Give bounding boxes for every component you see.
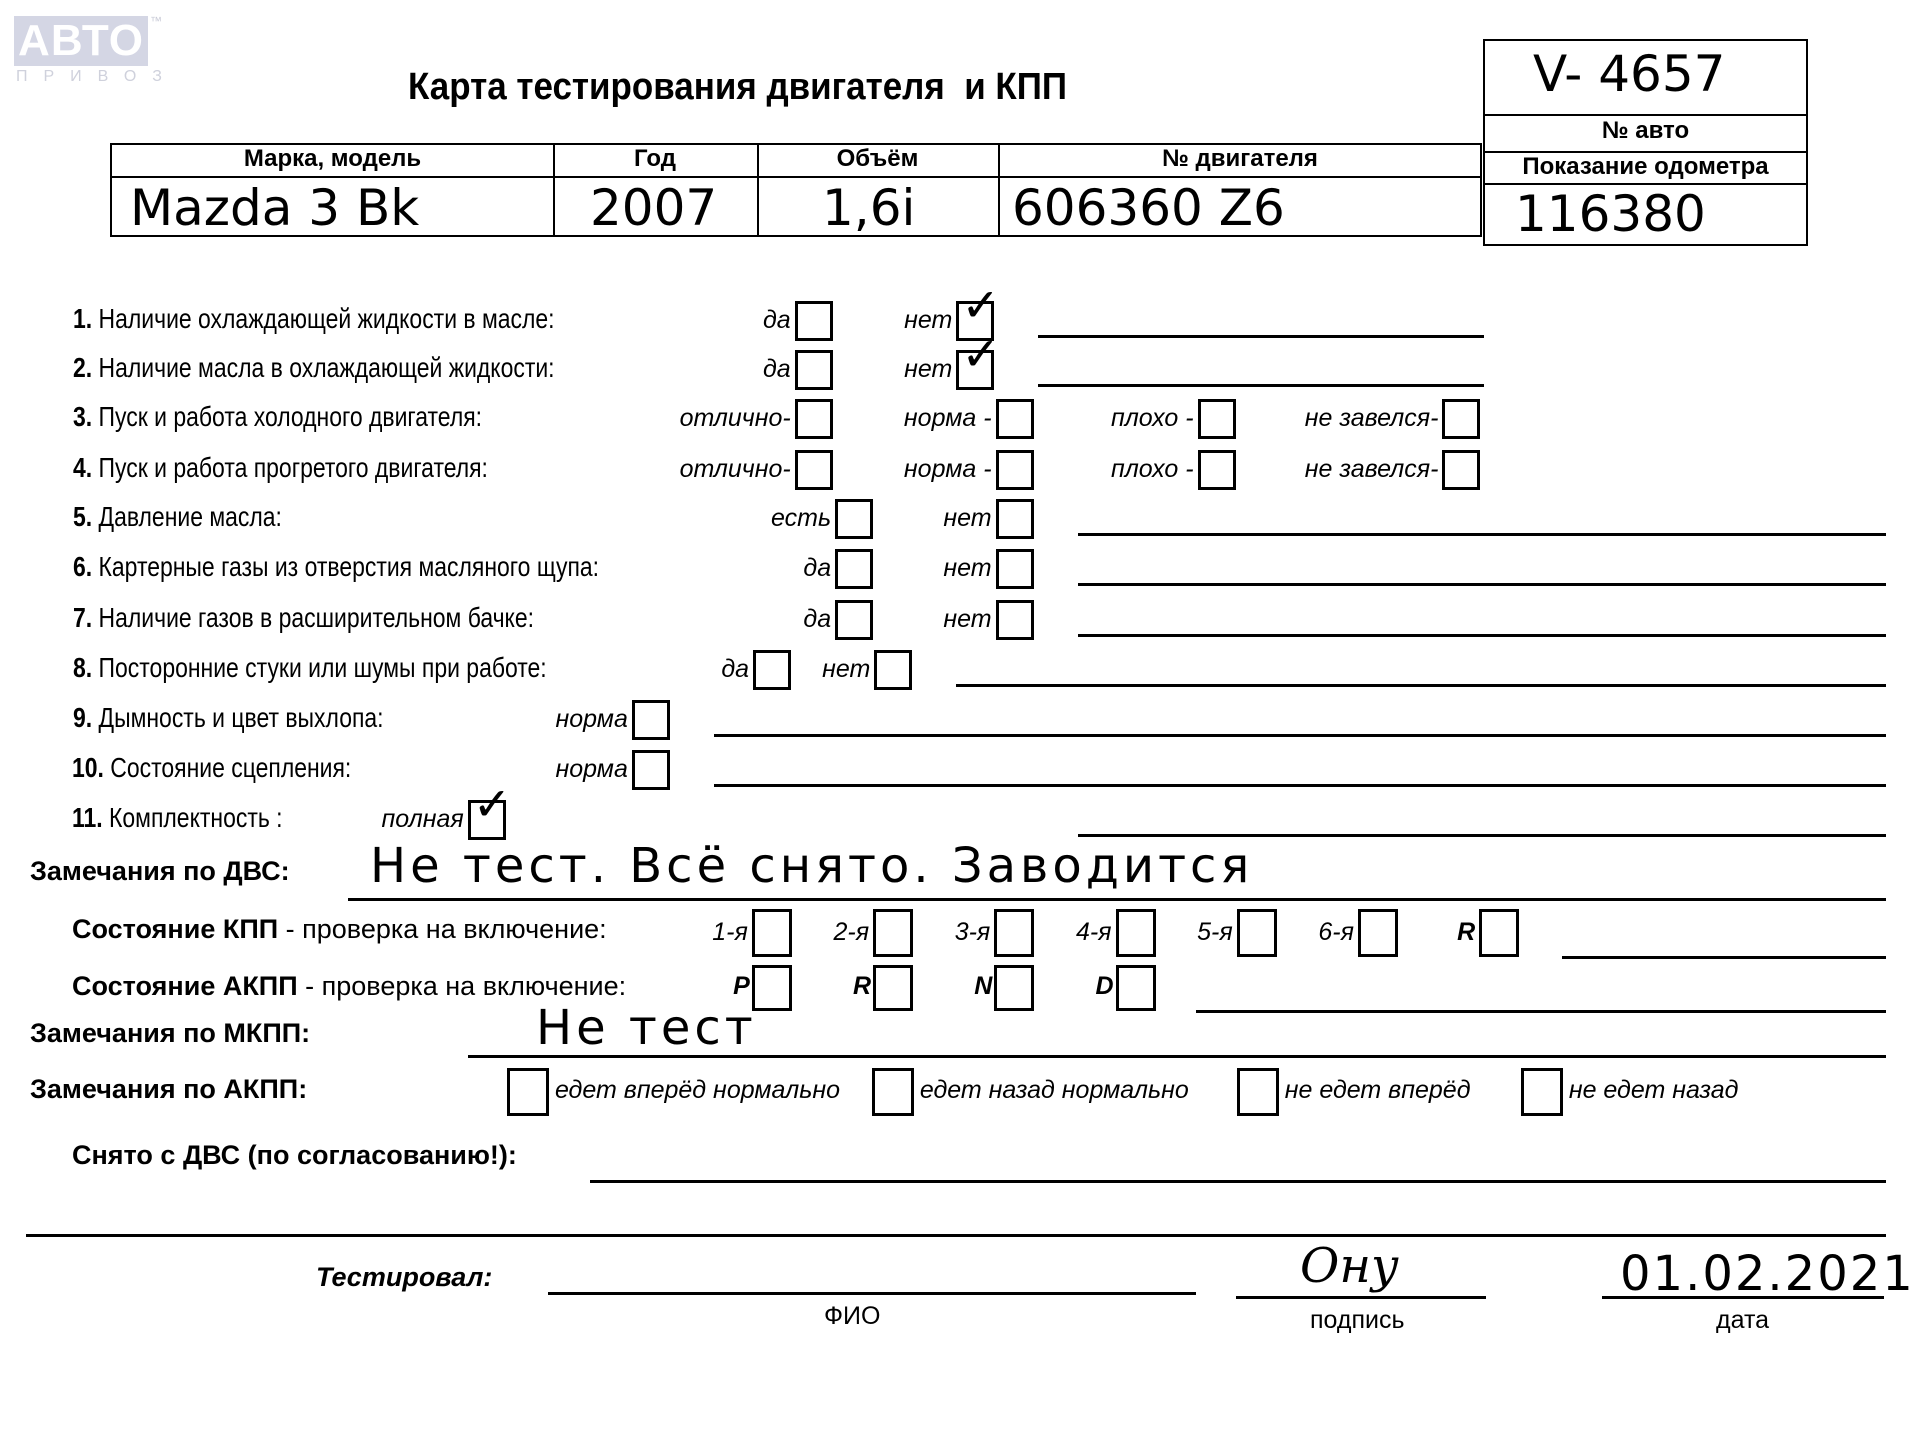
- auto-remark-label: едет назад нормально: [920, 1076, 1189, 1105]
- checkbox-q7-2[interactable]: [996, 600, 1034, 640]
- gear-checkbox-1-я[interactable]: [752, 909, 792, 957]
- auto-gear-checkbox-R[interactable]: [873, 965, 913, 1011]
- question-8: 8. Посторонние стуки или шумы при работе…: [73, 652, 547, 684]
- engine-remarks-line: [348, 898, 1886, 901]
- question-text: Картерные газы из отверстия масляного щу…: [99, 551, 599, 582]
- question-7: 7. Наличие газов в расширительном бачке:: [73, 602, 534, 634]
- manual-remarks-line: [468, 1055, 1886, 1058]
- answer-line[interactable]: [1078, 533, 1886, 536]
- engine-remarks-value[interactable]: Не тест. Всё снято. Заводится: [370, 838, 1253, 894]
- option-label: нет: [822, 655, 870, 684]
- checkbox-q3-3[interactable]: [1198, 399, 1236, 439]
- manual-remarks-value[interactable]: Не тест: [536, 1000, 757, 1056]
- auto-remark-checkbox-2[interactable]: [872, 1068, 914, 1116]
- checkbox-q4-4[interactable]: [1442, 450, 1480, 490]
- signature-line[interactable]: [1236, 1296, 1486, 1299]
- page-title: Карта тестирования двигателя и КПП: [408, 66, 1067, 109]
- option-label: плохо -: [1111, 455, 1194, 484]
- question-text: Наличие газов в расширительном бачке:: [99, 602, 534, 633]
- checkbox-q9-1[interactable]: [632, 700, 670, 740]
- question-number: 1.: [73, 303, 92, 334]
- volume-value[interactable]: 1,6i: [822, 178, 915, 238]
- gear-label: 2-я: [833, 918, 869, 947]
- checkbox-q4-2[interactable]: [996, 450, 1034, 490]
- checkbox-q11-1[interactable]: ✓: [468, 800, 506, 840]
- checkbox-q7-1[interactable]: [835, 600, 873, 640]
- question-2: 2. Наличие масла в охлаждающей жидкости:: [73, 352, 555, 384]
- engine-number-value[interactable]: 606360 Z6: [1012, 178, 1285, 238]
- auto-gearbox-label-rest: - проверка на включение:: [298, 971, 627, 1001]
- name-line[interactable]: [548, 1292, 1196, 1295]
- checkbox-q4-1[interactable]: [795, 450, 833, 490]
- checkbox-q4-3[interactable]: [1198, 450, 1236, 490]
- auto-gearbox-line: [1196, 1010, 1886, 1013]
- date-line: [1602, 1296, 1884, 1299]
- date-caption: дата: [1716, 1306, 1769, 1335]
- checkbox-q10-1[interactable]: [632, 750, 670, 790]
- check-mark-icon: ✓: [961, 331, 1000, 377]
- question-5: 5. Давление масла:: [73, 501, 282, 533]
- gear-checkbox-2-я[interactable]: [873, 909, 913, 957]
- checkbox-q1-1[interactable]: [795, 301, 833, 341]
- signature-caption: подпись: [1310, 1306, 1405, 1335]
- option-label: да: [803, 605, 831, 634]
- question-4: 4. Пуск и работа прогретого двигателя:: [73, 452, 488, 484]
- section-divider: [26, 1234, 1886, 1237]
- question-text: Наличие охлаждающей жидкости в масле:: [99, 303, 555, 334]
- question-number: 3.: [73, 401, 92, 432]
- gear-checkbox-4-я[interactable]: [1116, 909, 1156, 957]
- gear-label: 5-я: [1197, 918, 1233, 947]
- question-11: 11. Комплектность :: [72, 802, 283, 834]
- answer-line[interactable]: [1038, 335, 1484, 338]
- box-divider: [1485, 114, 1806, 116]
- option-label: полная: [382, 805, 464, 834]
- option-label: нет: [943, 504, 991, 533]
- question-9: 9. Дымность и цвет выхлопа:: [73, 702, 384, 734]
- option-label: норма: [556, 705, 628, 734]
- question-text: Наличие масла в охлаждающей жидкости:: [99, 352, 555, 383]
- question-number: 7.: [73, 602, 92, 633]
- manual-remarks-label: Замечания по МКПП:: [30, 1018, 310, 1049]
- auto-gear-checkbox-P[interactable]: [752, 965, 792, 1011]
- option-label: не завелся-: [1305, 455, 1439, 484]
- name-caption: ФИО: [824, 1302, 880, 1331]
- check-mark-icon: ✓: [961, 282, 1000, 328]
- question-10: 10. Состояние сцепления:: [72, 752, 351, 784]
- option-label: да: [763, 306, 791, 335]
- question-number: 11.: [72, 802, 103, 833]
- auto-remark-checkbox-3[interactable]: [1237, 1068, 1279, 1116]
- checkbox-q6-2[interactable]: [996, 549, 1034, 589]
- question-6: 6. Картерные газы из отверстия масляного…: [73, 551, 599, 583]
- gear-checkbox-R[interactable]: [1479, 909, 1519, 957]
- auto-gearbox-label-bold: Состояние АКПП: [72, 971, 298, 1001]
- vehicle-table: Марка, модель Год Объём № двигателя Mazd…: [110, 143, 1482, 237]
- gear-label: P: [733, 972, 750, 1001]
- auto-remark-checkbox-1[interactable]: [507, 1068, 549, 1116]
- option-label: да: [803, 554, 831, 583]
- option-label: норма -: [904, 455, 992, 484]
- question-text: Комплектность :: [109, 802, 283, 833]
- answer-line[interactable]: [1078, 834, 1886, 837]
- checkbox-q8-2[interactable]: [874, 650, 912, 690]
- question-text: Состояние сцепления:: [111, 752, 352, 783]
- checkbox-q2-1[interactable]: [795, 350, 833, 390]
- auto-gear-checkbox-D[interactable]: [1116, 965, 1156, 1011]
- manual-gearbox-label-bold: Состояние КПП: [72, 914, 278, 944]
- gear-label: 4-я: [1076, 918, 1112, 947]
- checkbox-q3-4[interactable]: [1442, 399, 1480, 439]
- question-number: 5.: [73, 501, 92, 532]
- answer-line[interactable]: [956, 684, 1885, 687]
- engine-remarks-label: Замечания по ДВС:: [30, 856, 290, 887]
- auto-gear-checkbox-N[interactable]: [994, 965, 1034, 1011]
- auto-remark-checkbox-4[interactable]: [1521, 1068, 1563, 1116]
- manual-gearbox-line: [1562, 956, 1886, 959]
- option-label: да: [763, 355, 791, 384]
- gear-checkbox-6-я[interactable]: [1358, 909, 1398, 957]
- gear-label: 6-я: [1318, 918, 1354, 947]
- auto-number-label: № авто: [1485, 117, 1806, 145]
- auto-remark-label: едет вперёд нормально: [555, 1076, 840, 1105]
- odometer-label: Показание одометра: [1485, 153, 1806, 181]
- question-3: 3. Пуск и работа холодного двигателя:: [73, 401, 482, 433]
- gear-label: R: [853, 972, 871, 1001]
- question-number: 10.: [72, 752, 104, 783]
- question-text: Посторонние стуки или шумы при работе:: [99, 652, 547, 683]
- volume-label: Объём: [757, 145, 998, 176]
- gear-label: 3-я: [955, 918, 991, 947]
- logo-subtitle: ПРИВОЗ: [16, 68, 178, 86]
- answer-line[interactable]: [1038, 384, 1484, 387]
- checkbox-q5-1[interactable]: [835, 499, 873, 539]
- gear-label: D: [1095, 972, 1113, 1001]
- auto-remarks-label: Замечания по АКПП:: [30, 1074, 307, 1105]
- question-text: Пуск и работа холодного двигателя:: [99, 401, 483, 432]
- question-text: Пуск и работа прогретого двигателя:: [99, 452, 488, 483]
- option-label: есть: [771, 504, 831, 533]
- date-value[interactable]: 01.02.2021: [1620, 1246, 1915, 1302]
- gear-checkbox-5-я[interactable]: [1237, 909, 1277, 957]
- question-text: Дымность и цвет выхлопа:: [99, 702, 384, 733]
- option-label: отлично-: [680, 455, 791, 484]
- gear-checkbox-3-я[interactable]: [994, 909, 1034, 957]
- removed-line[interactable]: [590, 1180, 1886, 1183]
- logo-trademark: ™: [150, 14, 162, 28]
- question-number: 8.: [73, 652, 92, 683]
- option-label: да: [721, 655, 749, 684]
- question-1: 1. Наличие охлаждающей жидкости в масле:: [73, 303, 555, 335]
- answer-line[interactable]: [1078, 583, 1886, 586]
- removed-label: Снято с ДВС (по согласованию!):: [72, 1140, 517, 1171]
- checkbox-q2-2[interactable]: ✓: [956, 350, 994, 390]
- logo: АВТО: [14, 16, 148, 66]
- odometer-value[interactable]: 116380: [1515, 185, 1706, 243]
- option-label: нет: [943, 605, 991, 634]
- option-label: плохо -: [1111, 404, 1194, 433]
- checkbox-q8-1[interactable]: [753, 650, 791, 690]
- engine-number-label: № двигателя: [998, 145, 1482, 176]
- auto-remark-label: не едет назад: [1569, 1076, 1739, 1105]
- auto-gearbox-label: Состояние АКПП - проверка на включение:: [72, 971, 626, 1002]
- option-label: норма -: [904, 404, 992, 433]
- option-label: норма: [556, 755, 628, 784]
- option-label: отлично-: [680, 404, 791, 433]
- question-number: 2.: [73, 352, 92, 383]
- gear-label: 1-я: [712, 918, 748, 947]
- make-model-value[interactable]: Mazda 3 Bk: [130, 178, 419, 238]
- answer-line[interactable]: [714, 734, 1886, 737]
- question-text: Давление масла:: [99, 501, 282, 532]
- checkbox-q3-2[interactable]: [996, 399, 1034, 439]
- option-label: нет: [904, 355, 952, 384]
- option-label: нет: [904, 306, 952, 335]
- auto-number-value[interactable]: V- 4657: [1533, 45, 1725, 103]
- checkbox-q6-1[interactable]: [835, 549, 873, 589]
- option-label: не завелся-: [1305, 404, 1439, 433]
- checkbox-q5-2[interactable]: [996, 499, 1034, 539]
- gear-label: R: [1457, 918, 1475, 947]
- year-value[interactable]: 2007: [590, 178, 717, 238]
- gear-label: N: [974, 972, 992, 1001]
- manual-gearbox-label-rest: - проверка на включение:: [278, 914, 607, 944]
- check-mark-icon: ✓: [473, 781, 512, 827]
- question-number: 6.: [73, 551, 92, 582]
- auto-info-box: V- 4657 № авто Показание одометра 116380: [1483, 39, 1808, 246]
- question-number: 4.: [73, 452, 92, 483]
- option-label: нет: [943, 554, 991, 583]
- signature-value[interactable]: Ону: [1300, 1238, 1399, 1294]
- answer-line[interactable]: [1078, 634, 1886, 637]
- manual-gearbox-label: Состояние КПП - проверка на включение:: [72, 914, 607, 945]
- year-label: Год: [553, 145, 757, 176]
- checkbox-q3-1[interactable]: [795, 399, 833, 439]
- make-model-label: Марка, модель: [112, 145, 553, 176]
- auto-remark-label: не едет вперёд: [1285, 1076, 1471, 1105]
- answer-line[interactable]: [714, 784, 1886, 787]
- question-number: 9.: [73, 702, 92, 733]
- tested-by-label: Тестировал:: [316, 1262, 492, 1293]
